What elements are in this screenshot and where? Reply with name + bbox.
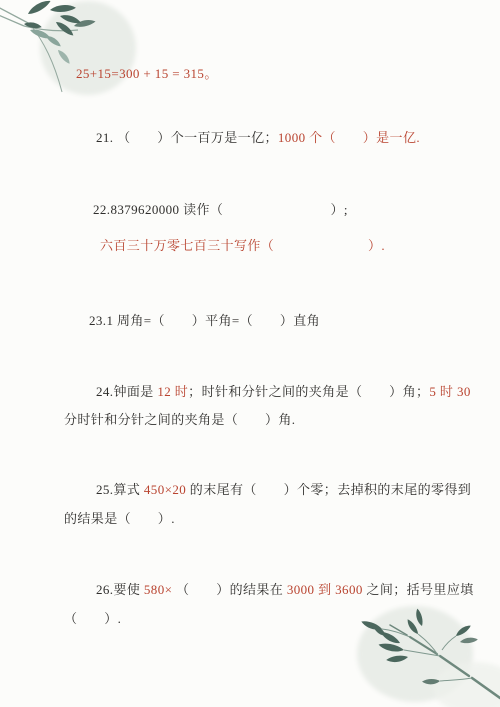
question-22-write-answer: 六百三十万零七百三十写作（ ）.	[100, 238, 385, 254]
text-segment-black: （ ）的结果在	[172, 582, 287, 597]
text-segment-black: 分时针和分针之间的夹角是（ ）角.	[64, 412, 295, 427]
text-segment-black: 26.要使	[96, 582, 144, 597]
text-segment-black: 24.钟面是	[96, 384, 157, 399]
text-segment-black: （ ）.	[64, 611, 121, 626]
text-segment-red: 12 时	[157, 384, 188, 399]
text-segment-red: 1000 个（ ）是一亿.	[278, 130, 420, 145]
question-24-line-2: 分时针和分针之间的夹角是（ ）角.	[64, 412, 295, 428]
bamboo-stalk	[390, 625, 500, 698]
ink-wash-ellipse-corner	[433, 662, 500, 707]
bamboo-twigs	[382, 629, 472, 681]
bamboo-stems	[0, 6, 78, 92]
text-segment-red: 580×	[144, 582, 172, 597]
question-25-line-1: 25.算式 450×20 的末尾有（ ）个零；去掉积的末尾的零得到	[96, 482, 471, 498]
ink-wash-ellipse	[357, 606, 473, 702]
text-segment-red: 450×20	[144, 482, 186, 497]
text-segment-black: ；时针和分针之间的夹角是（ ）角；	[188, 384, 429, 399]
text-segment-black: 的结果是（ ）.	[64, 511, 175, 526]
text-segment-black: 的末尾有（ ）个零；去掉积的末尾的零得到	[186, 482, 471, 497]
question-21: 21. （ ）个一百万是一亿；1000 个（ ）是一亿.	[96, 130, 420, 146]
text-segment-red: 3000 到 3600	[287, 582, 363, 597]
text-segment-red: 25+15=300 + 15 = 315。	[76, 66, 218, 81]
text-segment-black: 21. （ ）个一百万是一亿；	[96, 130, 278, 145]
text-segment-black: 之间；括号里应填	[363, 582, 474, 597]
question-26-line-1: 26.要使 580× （ ）的结果在 3000 到 3600 之间；括号里应填	[96, 582, 474, 598]
question-23: 23.1 周角=（ ）平角=（ ）直角	[89, 313, 320, 329]
text-segment-black: 22.8379620000 读作（ ）;	[93, 202, 348, 217]
answer-line-red: 25+15=300 + 15 = 315。	[76, 66, 218, 82]
text-segment-black: 25.算式	[96, 482, 144, 497]
bamboo-leaves	[24, 0, 96, 65]
text-segment-black: 23.1 周角=（ ）平角=（ ）直角	[89, 313, 320, 328]
question-22: 22.8379620000 读作（ ）;	[93, 202, 348, 218]
question-24-line-1: 24.钟面是 12 时；时针和分针之间的夹角是（ ）角；5 时 30	[96, 384, 471, 400]
question-25-line-2: 的结果是（ ）.	[64, 511, 175, 527]
bamboo-decoration-bottom-right	[320, 580, 500, 707]
text-segment-red: 5 时 30	[429, 384, 470, 399]
text-segment-red: 六百三十万零七百三十写作（ ）.	[100, 238, 385, 253]
worksheet-page: 25+15=300 + 15 = 315。 21. （ ）个一百万是一亿；100…	[0, 0, 500, 707]
bamboo-leaves	[360, 608, 478, 685]
bamboo-decoration-top-left	[0, 0, 175, 115]
question-26-line-2: （ ）.	[64, 611, 121, 627]
